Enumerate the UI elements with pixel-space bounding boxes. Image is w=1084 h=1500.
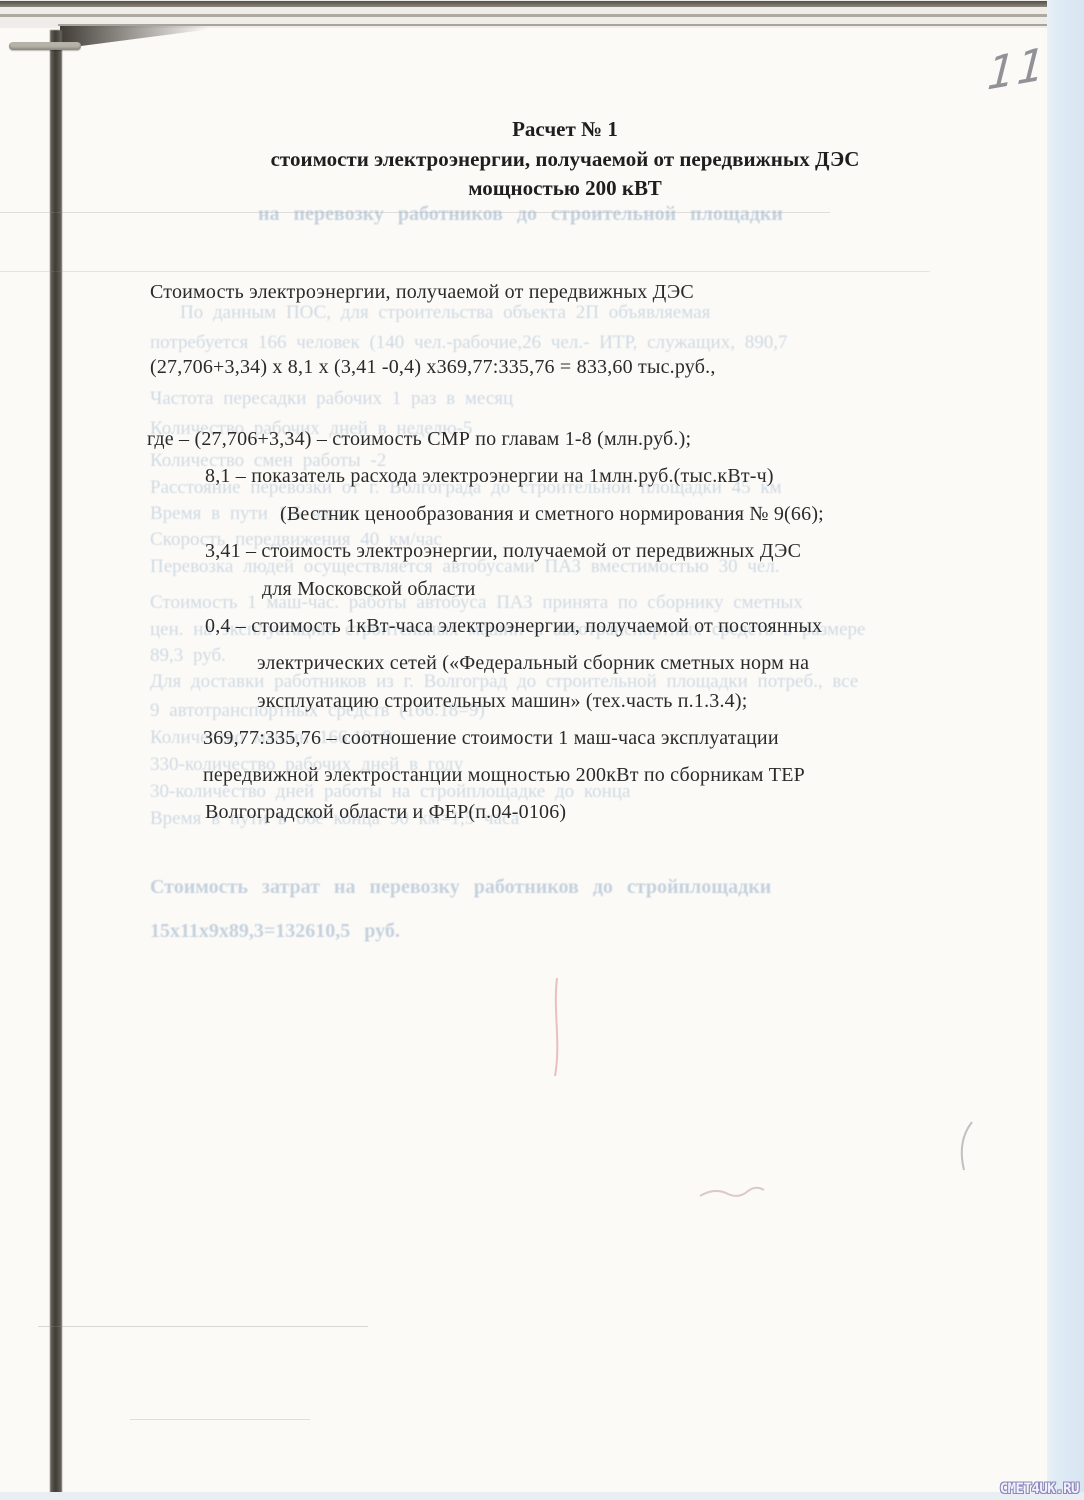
staple	[9, 42, 81, 50]
scanned-document-page: 11 Расчет № 1 стоимости электроэнергии, …	[0, 0, 1084, 1500]
ghost-bleedthrough-line: потребуется 166 человек (140 чел.-рабочи…	[150, 332, 787, 354]
doc-explanation-line: 0,4 – стоимость 1кВт-часа электроэнергии…	[205, 615, 822, 638]
doc-explanation-line: для Московской области	[262, 578, 476, 601]
doc-explanation-line: передвижной электростанции мощностью 200…	[203, 764, 805, 787]
scan-top-edge-line-3	[58, 24, 1084, 26]
binder-shadow-wedge	[60, 26, 235, 46]
ghost-bleedthrough-heading: на перевозку работников до строительной …	[258, 203, 783, 226]
doc-explanation-line: где – (27,706+3,34) – стоимость СМР по г…	[147, 428, 691, 451]
ghost-bleedthrough-line: Стоимость 1 маш-час. работы автобуса ПАЗ…	[150, 592, 803, 614]
doc-explanation-line: (Вестник ценообразования и сметного норм…	[280, 503, 824, 526]
doc-intro-line: Стоимость электроэнергии, получаемой от …	[150, 281, 694, 304]
ghost-bleedthrough-formula: 15х11х9х89,3=132610,5 руб.	[150, 920, 400, 943]
doc-explanation-line: электрических сетей («Федеральный сборни…	[257, 652, 809, 675]
ghost-bleedthrough-line: Частота пересадки рабочих 1 раз в месяц	[150, 388, 513, 410]
ghost-bleedthrough-subheading: Стоимость затрат на перевозку работников…	[150, 876, 771, 899]
binder-spine-shadow	[50, 30, 62, 1500]
doc-explanation-line: 3,41 – стоимость электроэнергии, получае…	[205, 540, 801, 563]
scan-top-edge-line	[0, 1, 1084, 7]
ghost-bleedthrough-line: По данным ПОС, для строительства объекта…	[180, 302, 710, 324]
doc-title-line1: Расчет № 1	[150, 117, 980, 142]
scanner-bottom-strip	[0, 1492, 1084, 1500]
site-watermark: CMET4UK.RU	[1000, 1481, 1079, 1497]
scanner-background-strip	[1047, 0, 1084, 1500]
scan-artifact-line	[0, 271, 930, 272]
scan-artifact-line	[130, 1419, 310, 1420]
scan-artifact-line	[38, 1326, 368, 1327]
doc-formula-line: (27,706+3,34) х 8,1 х (3,41 -0,4) х369,7…	[150, 356, 716, 379]
doc-title-line2: стоимости электроэнергии, получаемой от …	[150, 147, 980, 172]
handwritten-page-number: 11	[986, 38, 1049, 101]
doc-explanation-line: 8,1 – показатель расхода электроэнергии …	[205, 465, 774, 488]
doc-explanation-line: Волгоградской области и ФЕР(п.04-0106)	[205, 801, 566, 824]
ghost-bleedthrough-line: 89,3 руб.	[150, 645, 226, 667]
doc-title-line3: мощностью 200 кВТ	[150, 176, 980, 201]
scan-top-edge-line-2	[0, 14, 1084, 17]
doc-explanation-line: 369,77:335,76 – соотношение стоимости 1 …	[203, 727, 779, 750]
doc-explanation-line: эксплуатацию строительных машин» (тех.ча…	[257, 690, 748, 713]
